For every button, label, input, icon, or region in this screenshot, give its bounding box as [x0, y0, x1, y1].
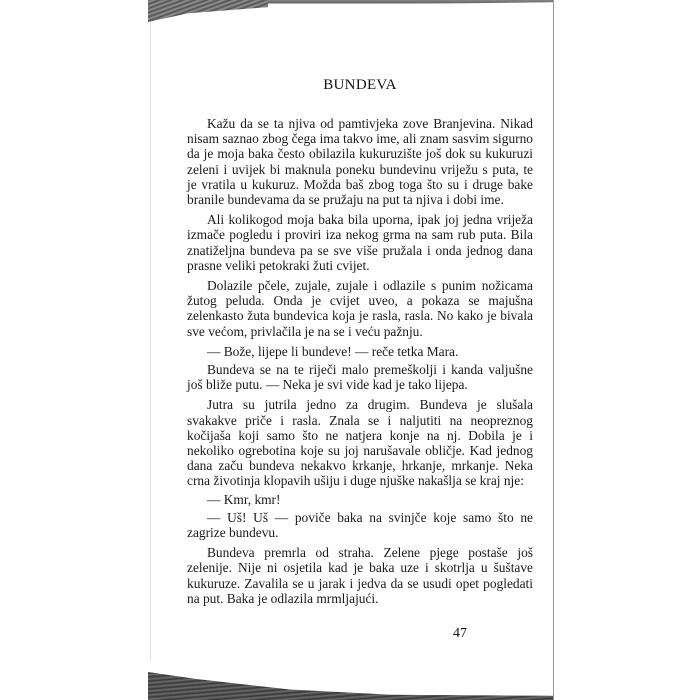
paragraph: Bundeva premrla od straha. Zelene pjege …	[187, 545, 533, 606]
page-left-edge	[150, 20, 151, 660]
chapter-title: BUNDEVA	[187, 78, 533, 93]
paragraph: Kažu da se ta njiva od pamtivjeka zove B…	[187, 116, 533, 207]
dialogue-line: — Uš! Uš — poviče baka na svinjče koje s…	[187, 510, 533, 540]
dialogue-line: — Kmr, kmr!	[187, 492, 533, 507]
paragraph: Bundeva se na te riječi malo premeškolji…	[187, 362, 533, 392]
paragraph: Dolazile pčele, zujale, zujale i odlazil…	[187, 278, 533, 339]
paragraph: Ali kolikogod moja baka bila uporna, ipa…	[187, 212, 533, 273]
page-number: 47	[453, 626, 467, 642]
body-text: Kažu da se ta njiva od pamtivjeka zove B…	[187, 116, 533, 611]
dialogue-line: — Bože, lijepe li bundeve! — reče tetka …	[187, 344, 533, 359]
paragraph: Jutra su jutrila jedno za drugim. Bundev…	[187, 397, 533, 488]
